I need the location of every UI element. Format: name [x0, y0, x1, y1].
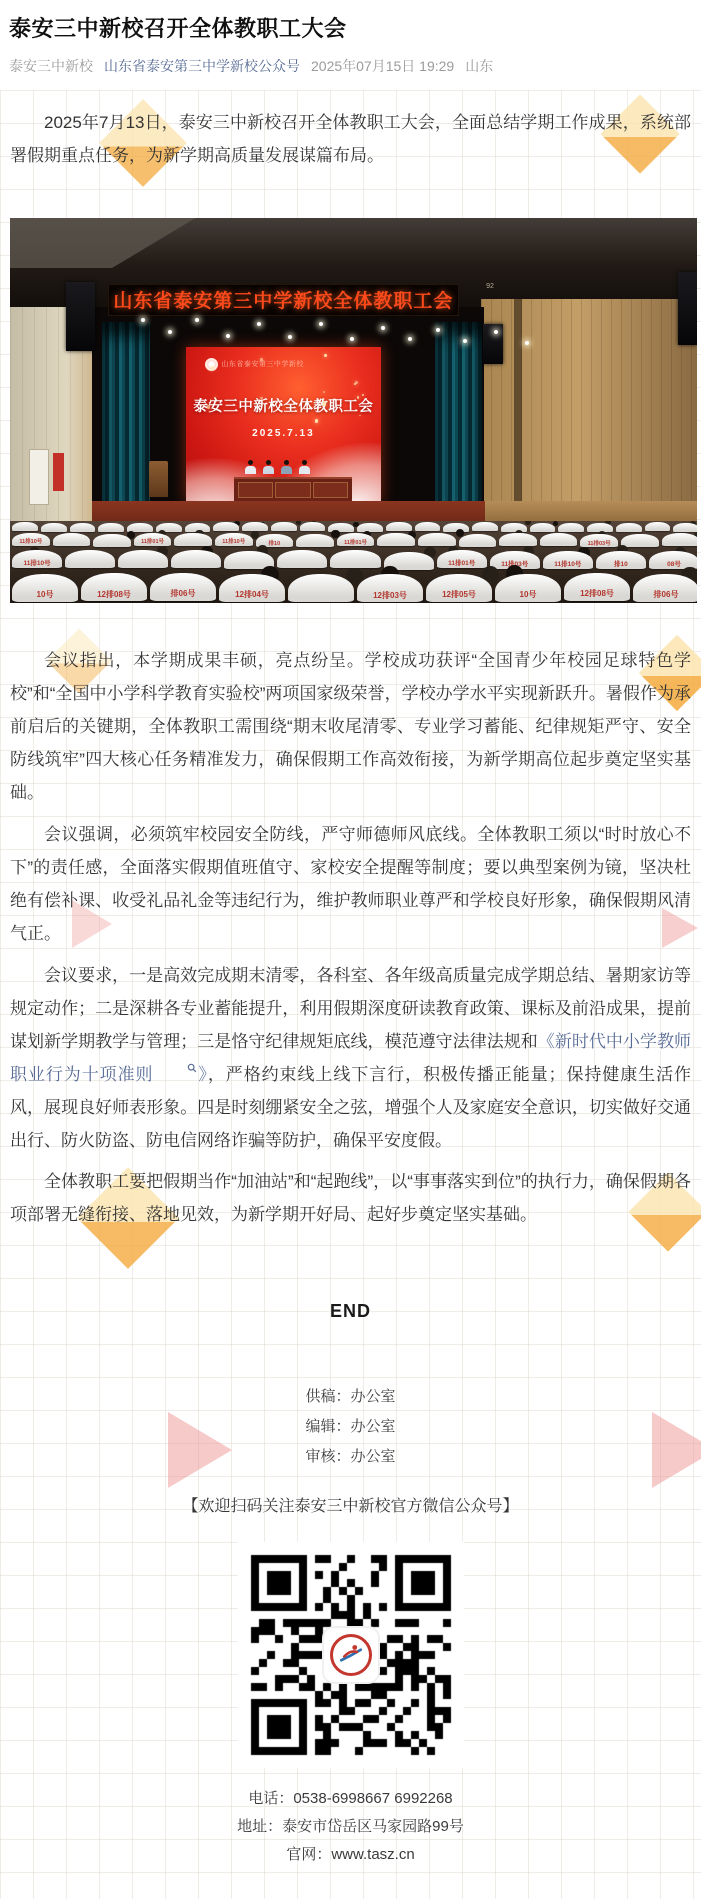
seat-number-label: 10号	[495, 589, 561, 600]
seated-person	[281, 460, 292, 474]
audience-chair	[271, 522, 297, 531]
seat-number-label: 12排03号	[357, 590, 423, 601]
audience-chair: 12排08号	[81, 573, 147, 601]
footer-address: 地址：泰安市岱岳区马家园路99号	[0, 1813, 701, 1841]
audience-chair: 12排05号	[426, 574, 492, 602]
audience-row: 11排10号11排01号11排03号11排10号排1008号	[10, 550, 697, 568]
audience-chair	[587, 523, 613, 532]
audience-chair	[558, 523, 584, 532]
audience-chair	[501, 523, 527, 532]
audience-area: 11排10号11排01号11排10号排1011排01号11排03号11排10号1…	[10, 521, 697, 603]
seat-number-label: 10号	[12, 589, 78, 600]
seat-number-label: 11排01号	[437, 558, 487, 567]
seat-number-label: 11排10号	[215, 537, 253, 545]
audience-chair: 11排10号	[12, 550, 62, 568]
audience-chair	[499, 533, 537, 546]
speaker-array-icon	[678, 272, 697, 345]
contact-footer: 电话：0538-6998667 6992268 地址：泰安市岱岳区马家园路99号…	[0, 1785, 701, 1869]
stage-curtain-left	[102, 322, 150, 532]
stage-podium	[149, 461, 168, 498]
audience-chair	[530, 523, 556, 532]
audience-chair	[70, 523, 96, 532]
audience-chair	[174, 533, 212, 546]
screen-sparkle	[260, 358, 263, 361]
seat-number-label: 排06号	[150, 588, 216, 599]
paragraph-requirements: 会议要求，一是高效完成期末清零，各科室、各年级高质量完成学期总结、暑期家访等规定…	[10, 959, 691, 1157]
audience-chair	[662, 533, 698, 546]
ceiling-light-icon	[226, 334, 230, 338]
audience-chair	[242, 522, 268, 531]
wall-number: 92	[486, 283, 494, 290]
audience-chair: 排06号	[150, 573, 216, 601]
audience-chair: 12排08号	[564, 573, 630, 601]
audience-chair: 12排04号	[219, 574, 285, 602]
audience-chair	[616, 523, 642, 532]
speaker-array-icon	[66, 282, 95, 351]
seat-number-label: 11排10号	[543, 559, 593, 568]
audience-chair	[12, 522, 38, 531]
audience-chair	[377, 533, 415, 546]
screen-date: 2025.7.13	[186, 428, 381, 439]
audience-chair	[673, 523, 697, 532]
audience-chair: 排06号	[633, 574, 697, 602]
screen-sparkle	[355, 381, 358, 384]
audience-chair	[98, 523, 124, 532]
byline: 泰安三中新校 山东省泰安第三中学新校公众号 2025年07月15日 19:29 …	[9, 57, 692, 76]
audience-chair: 11排10号	[12, 533, 50, 546]
seat-number-label: 排10	[596, 559, 646, 568]
audience-chair: 10号	[495, 574, 561, 602]
ceiling-light-icon	[168, 330, 172, 334]
publish-location: 山东	[465, 57, 493, 76]
seated-person	[263, 460, 274, 474]
credit-contributor: 供稿：办公室	[0, 1382, 701, 1412]
stage-curtain-right	[435, 322, 482, 532]
seat-number-label: 12排08号	[564, 588, 630, 599]
article-body: 2025年7月13日，泰安三中新校召开全体教职工大会，全面总结学期工作成果，系统…	[0, 90, 701, 1899]
end-marker: END	[0, 1301, 701, 1322]
photo-wall-poster	[53, 453, 65, 492]
paragraph-intro: 2025年7月13日，泰安三中新校召开全体教职工大会，全面总结学期工作成果，系统…	[10, 106, 691, 172]
seated-person	[299, 460, 310, 474]
seat-number-label: 12排05号	[426, 589, 492, 600]
seat-number-label: 11排03号	[580, 539, 618, 547]
audience-chair	[621, 534, 659, 547]
qr-caption: 【欢迎扫码关注泰安三中新校官方微信公众号】	[0, 1493, 701, 1516]
screen-sparkle	[323, 402, 327, 406]
audience-chair	[418, 533, 456, 546]
audience-chair	[645, 522, 671, 531]
screen-sparkle	[357, 396, 359, 398]
article-title: 泰安三中新校召开全体教职工大会	[9, 13, 692, 44]
audience-chair	[459, 534, 497, 547]
audience-chair: 11排01号	[337, 533, 375, 546]
audience-chair: 排10	[596, 551, 646, 569]
audience-row: 10号12排08号排06号12排04号12排03号12排05号10号12排08号…	[10, 573, 697, 601]
audience-chair	[213, 522, 239, 531]
audience-chair: 11排01号	[134, 533, 172, 546]
audience-chair	[53, 533, 91, 546]
seat-number-label: 12排04号	[219, 589, 285, 600]
screen-sparkle	[211, 366, 215, 370]
credit-reviewer: 审核：办公室	[0, 1442, 701, 1472]
ceiling-light-icon	[381, 326, 385, 330]
qr-code-image[interactable]	[238, 1542, 464, 1768]
photo-door	[29, 449, 49, 505]
audience-chair	[357, 523, 383, 532]
audience-chair	[300, 522, 326, 531]
credit-editor: 编辑：办公室	[0, 1412, 701, 1442]
account-name: 泰安三中新校	[9, 57, 93, 76]
school-emblem-icon	[330, 1634, 372, 1676]
article-header: 泰安三中新校召开全体教职工大会 泰安三中新校 山东省泰安第三中学新校公众号 20…	[0, 0, 701, 76]
seat-number-label: 11排01号	[337, 538, 375, 546]
head-table	[234, 477, 352, 500]
audience-chair	[118, 550, 168, 568]
audience-row: 11排10号11排01号11排10号排1011排01号11排03号	[10, 533, 697, 546]
audience-chair	[330, 550, 380, 568]
audience-chair: 10号	[12, 574, 78, 602]
audience-chair	[93, 534, 131, 547]
audience-row	[10, 522, 697, 531]
screen-sparkle	[362, 394, 364, 396]
meeting-photo-figure: 山东省泰安第三中学新校全体教职工会 92 山东省泰安第三中学新校 泰安三中新校全…	[0, 218, 701, 603]
ceiling-light-icon	[141, 318, 145, 322]
seat-number-label: 11排10号	[12, 558, 62, 567]
audience-chair: 11排01号	[437, 550, 487, 568]
audience-chair: 11排10号	[543, 551, 593, 569]
audience-chair: 11排10号	[215, 533, 253, 546]
photo-wall-strip	[514, 299, 522, 530]
meeting-photo[interactable]: 山东省泰安第三中学新校全体教职工会 92 山东省泰安第三中学新校 泰安三中新校全…	[10, 218, 697, 603]
audience-chair: 11排03号	[580, 534, 618, 547]
audience-chair	[171, 550, 221, 568]
paragraph-closing: 全体教职工要把假期当作“加油站”和“起跑线”，以“事事落实到位”的执行力，确保假…	[10, 1165, 691, 1231]
screen-sparkle	[260, 397, 262, 399]
ceiling-light-icon	[436, 328, 440, 332]
paragraph-achievements: 会议指出，本学期成果丰硕，亮点纷呈。学校成功获评“全国青少年校园足球特色学校”和…	[10, 644, 691, 809]
paragraph-safety: 会议强调，必须筑牢校园安全防线，严守师德师风底线。全体教职工须以“时时放心不下”…	[10, 818, 691, 950]
audience-chair	[415, 522, 441, 531]
audience-chair	[472, 522, 498, 531]
audience-chair: 12排03号	[357, 574, 423, 602]
screen-sparkle	[323, 391, 325, 393]
audience-chair	[65, 550, 115, 568]
screen-sparkle	[324, 354, 327, 357]
footer-phone: 电话：0538-6998667 6992268	[0, 1785, 701, 1813]
seat-number-label: 12排08号	[81, 589, 147, 600]
stage-led-banner: 山东省泰安第三中学新校全体教职工会	[108, 284, 458, 316]
audience-chair	[540, 533, 578, 546]
screen-sparkle	[315, 419, 318, 422]
search-icon	[153, 1063, 197, 1073]
audience-chair	[41, 523, 67, 532]
audience-chair	[296, 534, 334, 547]
seat-number-label: 排06号	[633, 589, 697, 600]
qr-center-logo	[324, 1628, 378, 1682]
audience-chair	[386, 522, 412, 531]
audience-chair	[288, 574, 354, 602]
publish-time: 2025年07月15日 19:29	[311, 57, 454, 76]
screen-logo-row: 山东省泰安第三中学新校	[205, 358, 304, 371]
seat-number-label: 11排10号	[12, 537, 50, 545]
speaker-array-icon	[483, 324, 504, 364]
audience-chair	[277, 550, 327, 568]
wechat-article-page: 泰安三中新校召开全体教职工大会 泰安三中新校 山东省泰安第三中学新校公众号 20…	[0, 0, 701, 1899]
account-link[interactable]: 山东省泰安第三中学新校公众号	[104, 57, 300, 76]
seat-number-label: 11排01号	[134, 537, 172, 545]
seated-speakers	[245, 460, 310, 474]
footer-website: 官网：www.tasz.cn	[0, 1841, 701, 1869]
screen-sparkle	[214, 397, 216, 399]
credits-block: 供稿：办公室 编辑：办公室 审核：办公室	[0, 1382, 701, 1472]
seated-person	[245, 460, 256, 474]
